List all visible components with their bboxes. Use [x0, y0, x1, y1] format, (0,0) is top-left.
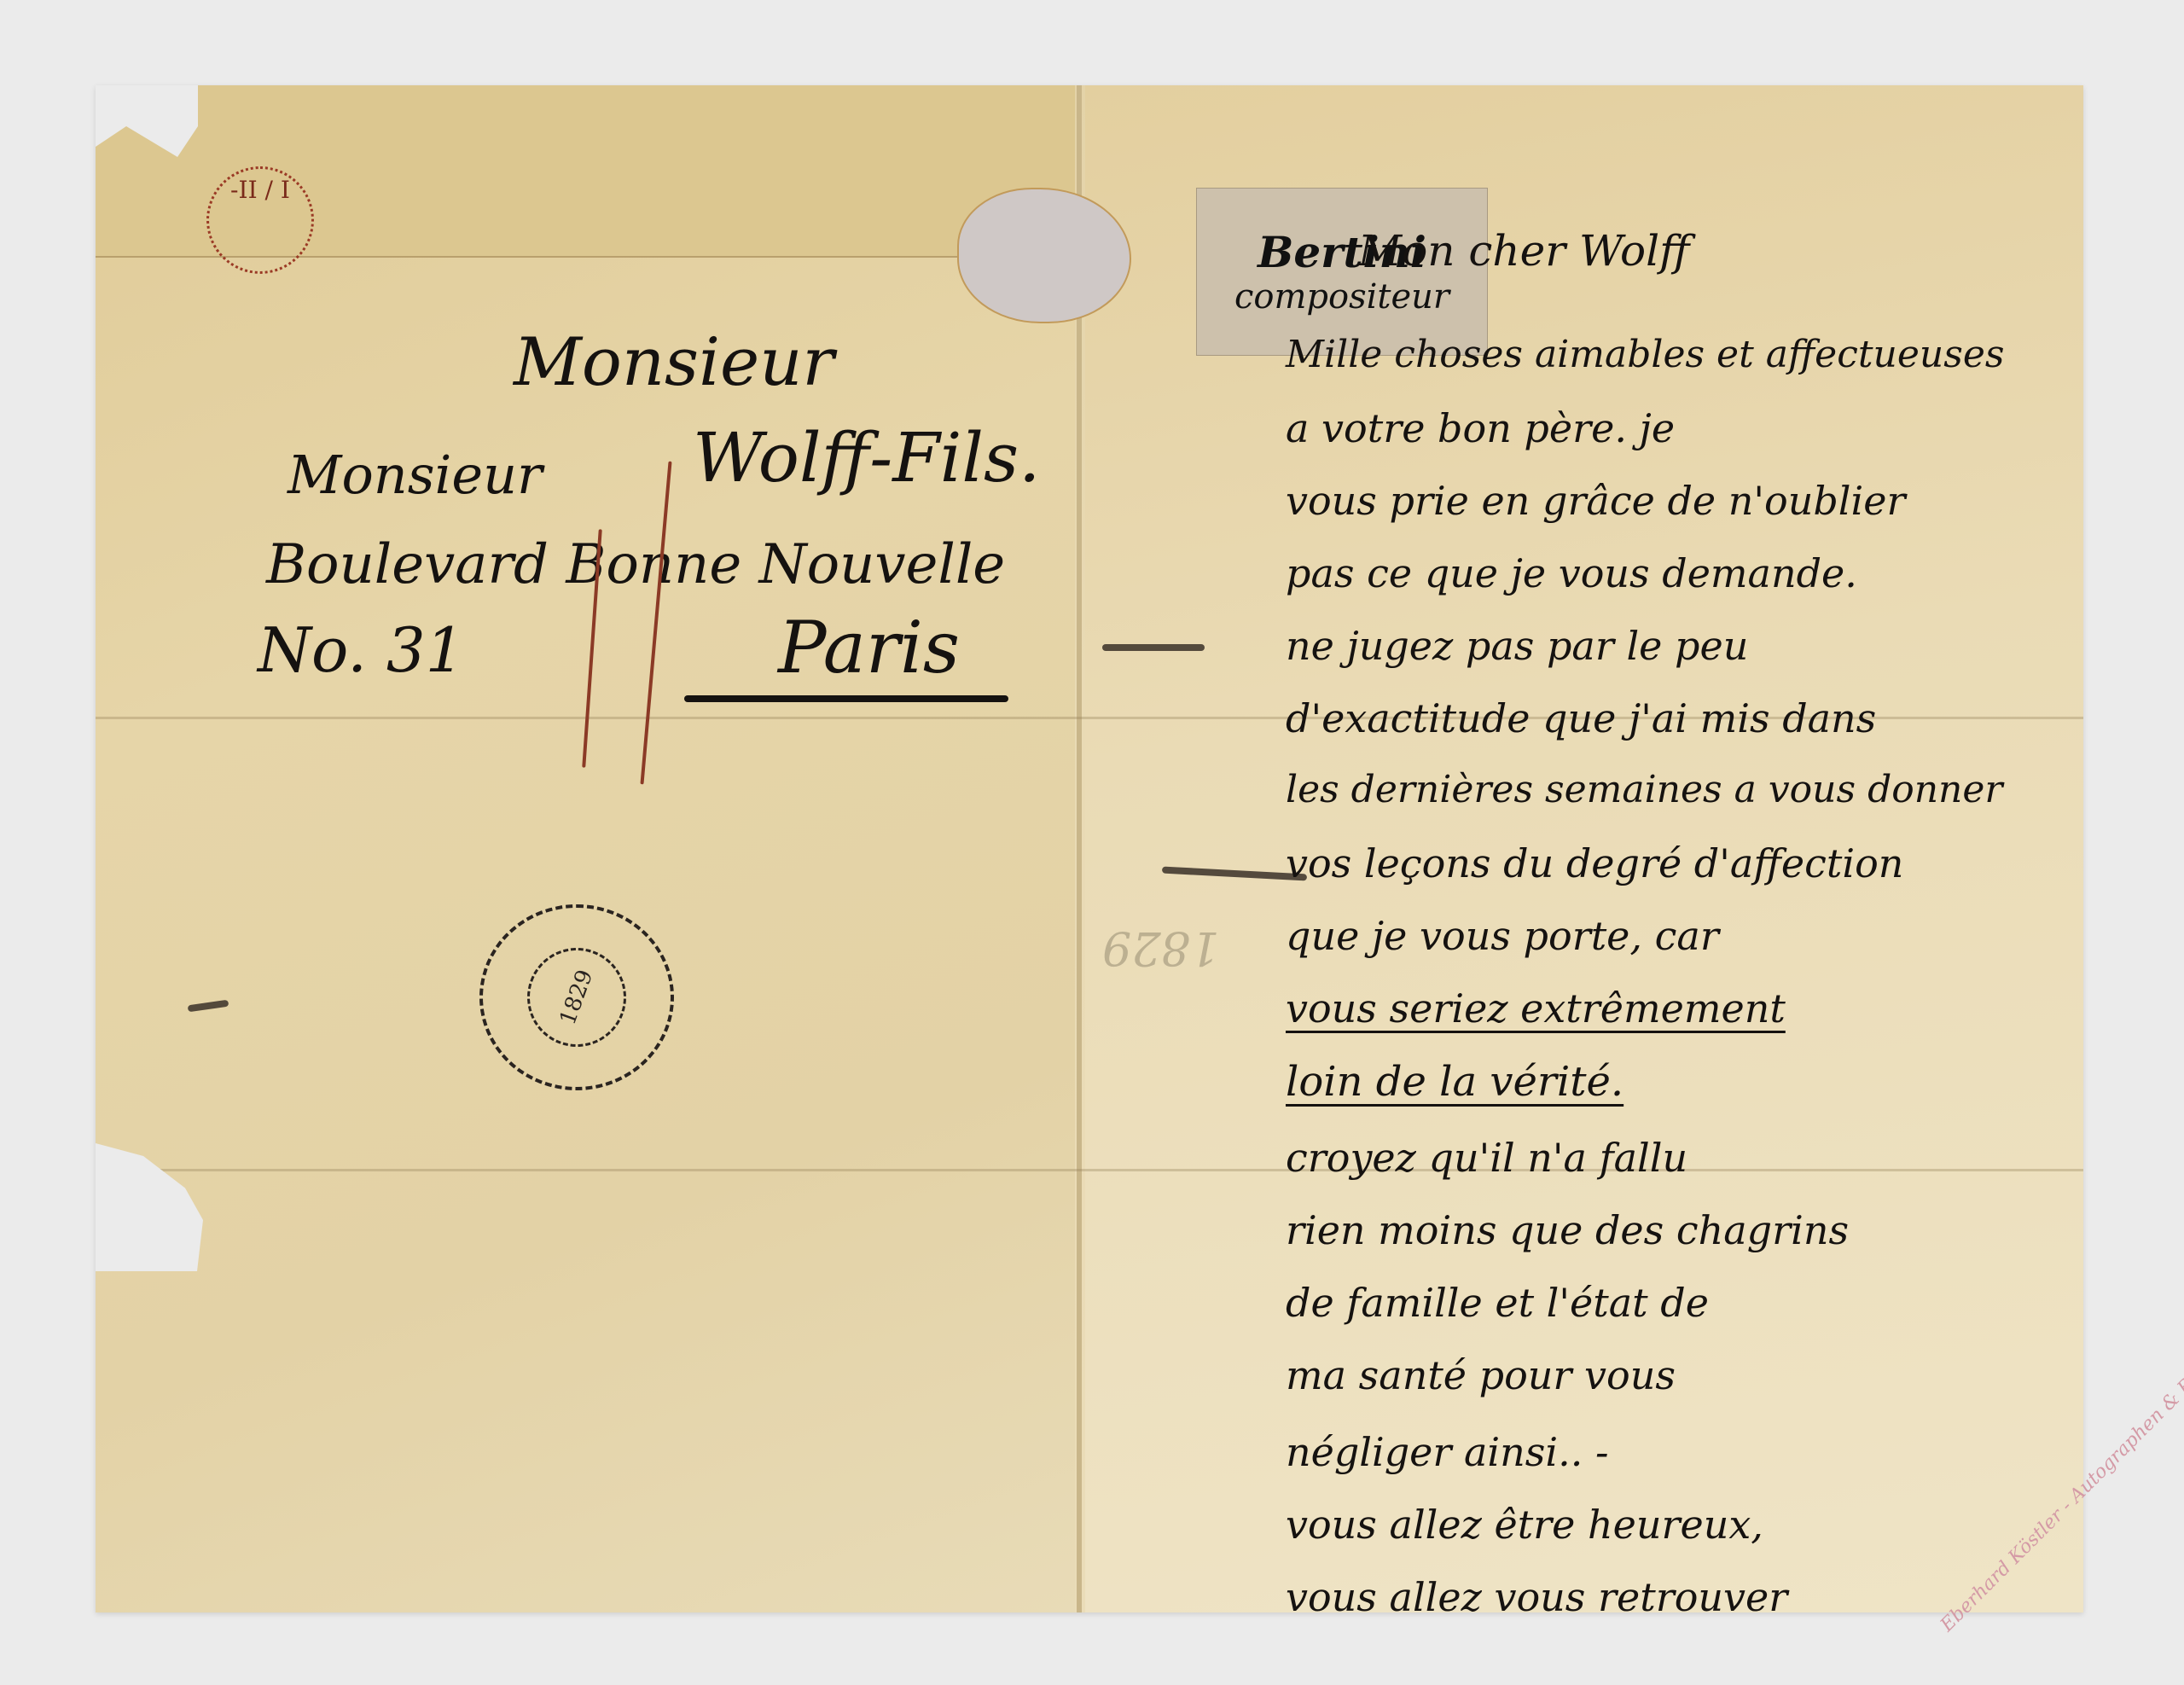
address-line-monsieur: Monsieur — [514, 324, 834, 401]
address-street: Boulevard Bonne Nouvelle — [266, 533, 1005, 596]
letter-line: d'exactitude que j'ai mis dans — [1286, 695, 1876, 741]
letter-line: les dernières semaines a vous donner — [1286, 768, 2002, 811]
ink-blot — [1102, 644, 1205, 651]
label-role: compositeur — [1234, 277, 1449, 317]
address-number: No. 31 — [258, 614, 464, 686]
postmark-inner-ring: 1829 — [514, 934, 641, 1061]
letter-line: vous allez vous retrouver — [1286, 1574, 1787, 1620]
letter-line: vous prie en grâce de n'oublier — [1286, 478, 1905, 524]
red-postmark-stamp: -II / I — [206, 166, 314, 274]
letter-line: ma santé pour vous — [1286, 1352, 1676, 1398]
letter-line: a votre bon père. je — [1286, 405, 1675, 451]
letter-salutation: Mon cher Wolff — [1358, 226, 1690, 276]
letter-line: ne jugez pas par le peu — [1286, 623, 1748, 669]
address-recipient-name: Wolff-Fils. — [693, 418, 1040, 497]
letter-line-underlined: vous seriez extrêmement — [1286, 985, 1786, 1031]
letter-line: Mille choses aimables et affectueuses — [1286, 333, 2004, 376]
letter-line: croyez qu'il n'a fallu — [1286, 1135, 1687, 1181]
letter-line: de famille et l'état de — [1286, 1280, 1709, 1326]
letter-line: que je vous porte, car — [1286, 913, 1719, 959]
letter-line: rien moins que des chagrins — [1286, 1207, 1849, 1253]
horizontal-fold — [96, 1169, 2083, 1171]
address-city: Paris — [778, 606, 960, 689]
letter-line: négliger ainsi.. - — [1286, 1429, 1609, 1475]
black-postmark-stamp: 1829 — [479, 904, 674, 1090]
letter-line: vos leçons du degré d'affection — [1286, 840, 1903, 886]
bleed-through-date: 1829 — [1102, 921, 1219, 975]
letter-sheet: -II / I 1829 Monsieur Monsieur Wolff-Fil… — [96, 85, 2083, 1612]
address-panel — [96, 85, 1075, 1612]
city-underline — [684, 695, 1008, 702]
letter-line: vous allez être heureux, — [1286, 1502, 1763, 1548]
letter-line: pas ce que je vous demande. — [1286, 550, 1857, 596]
address-line-prefix: Monsieur — [288, 444, 543, 506]
letter-line-underlined: loin de la vérité. — [1286, 1058, 1623, 1106]
